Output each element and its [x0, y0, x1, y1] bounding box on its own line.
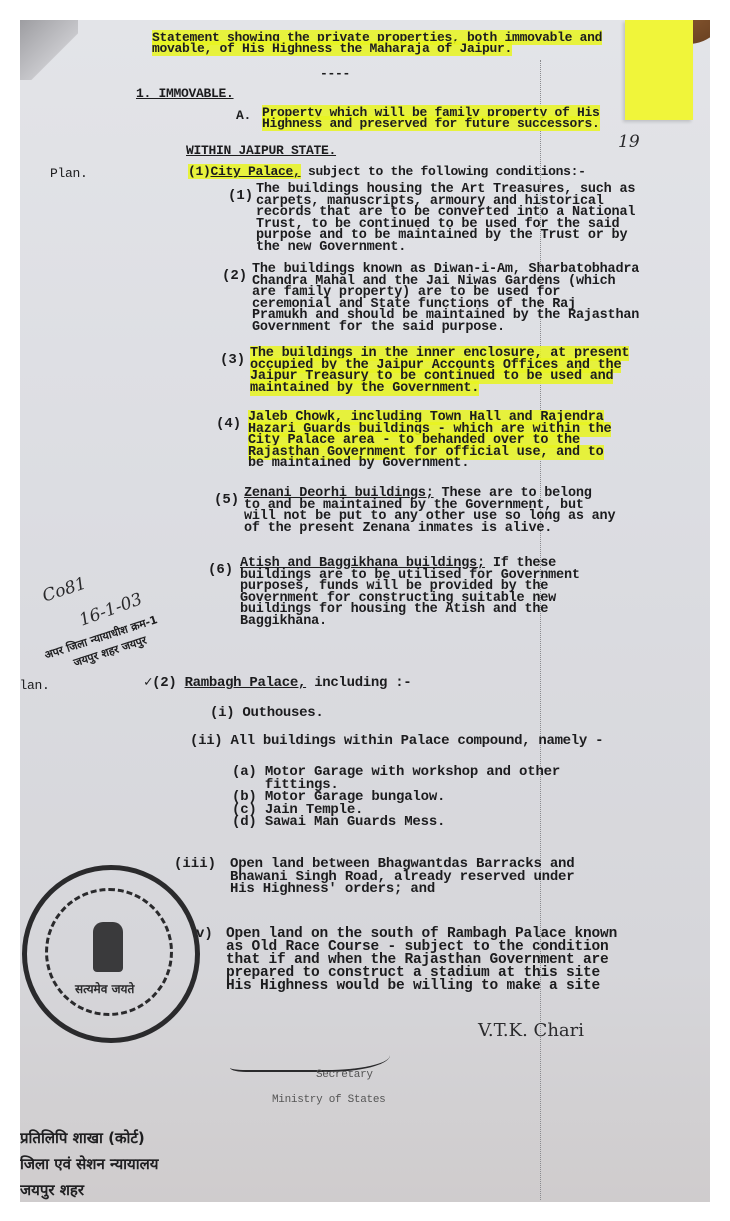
document-photo: Statement showing the private properties…	[20, 20, 710, 1202]
condition-5-text: Zenani Deorhi buildings; These are to be…	[244, 488, 615, 534]
condition-4-marker: (4)	[216, 416, 241, 432]
separator: ----	[320, 68, 350, 80]
bottom-stamp-line-1: प्रतिलिपि शाखा (कोर्ट)	[20, 1128, 145, 1148]
seal-motto: सत्यमेव जयते	[75, 980, 134, 997]
item2-sub-iv-text: Open land on the south of Rambagh Palace…	[226, 928, 617, 993]
bottom-stamp-line-3: जयपुर शहर	[20, 1180, 84, 1200]
ashoka-emblem-icon	[93, 922, 123, 972]
condition-2-text: The buildings known as Diwan-i-Am, Sharb…	[252, 264, 639, 334]
item1-heading: (1)City Palace, subject to the following…	[188, 166, 586, 178]
item2-sub-iii-text: Open land between Bhagwantdas Barracks a…	[230, 858, 574, 896]
condition-4-text: Jaleb Chowk, including Town Hall and Raj…	[248, 412, 611, 470]
handwritten-note-1: Co81	[40, 574, 89, 607]
handwritten-page-number: 19	[618, 132, 640, 152]
item2-sub-iii-marker: (iii)	[174, 856, 216, 872]
handwritten-signature-chari: V.T.K. Chari	[478, 1020, 584, 1041]
condition-1-text: The buildings housing the Art Treasures,…	[256, 184, 635, 254]
item2-sub-ii: (ii) All buildings within Palace compoun…	[190, 736, 603, 748]
condition-6-marker: (6)	[208, 562, 233, 578]
margin-plan-1: Plan.	[50, 168, 88, 180]
page-fold-shadow	[20, 20, 78, 80]
sticky-note	[625, 20, 693, 120]
item2-sub-ii-list: (a) Motor Garage with workshop and other…	[232, 766, 560, 829]
condition-5-marker: (5)	[214, 492, 239, 508]
condition-6-text: Atish and Baggikhana buildings; If these…	[240, 558, 580, 628]
signature-scribble	[230, 1030, 390, 1072]
signature-title-1: Secretary	[316, 1070, 373, 1082]
item2-sub-i: (i) Outhouses.	[210, 708, 323, 720]
bottom-stamp-line-2: जिला एवं सेशन न्यायालय	[20, 1154, 159, 1174]
subsection-a-line-2: Highness and preserved for future succes…	[262, 118, 600, 130]
official-seal: सत्यमेव जयते	[22, 865, 200, 1043]
condition-3-marker: (3)	[220, 352, 245, 368]
condition-2-marker: (2)	[222, 268, 247, 284]
heading-line-2: movable, of His Highness the Maharaja of…	[152, 43, 512, 55]
margin-plan-2: Plan.	[20, 680, 50, 692]
signature-title-2: Ministry of States	[272, 1095, 385, 1107]
condition-1-marker: (1)	[228, 188, 253, 204]
subsection-a-marker: A.	[236, 110, 251, 122]
condition-3-text: The buildings in the inner enclosure, at…	[250, 348, 629, 394]
item2-heading: ✓(2) Rambagh Palace, including :-	[144, 678, 411, 690]
within-jaipur-state: WITHIN JAIPUR STATE.	[186, 145, 336, 157]
section-immovable: 1. IMMOVABLE.	[136, 88, 234, 100]
